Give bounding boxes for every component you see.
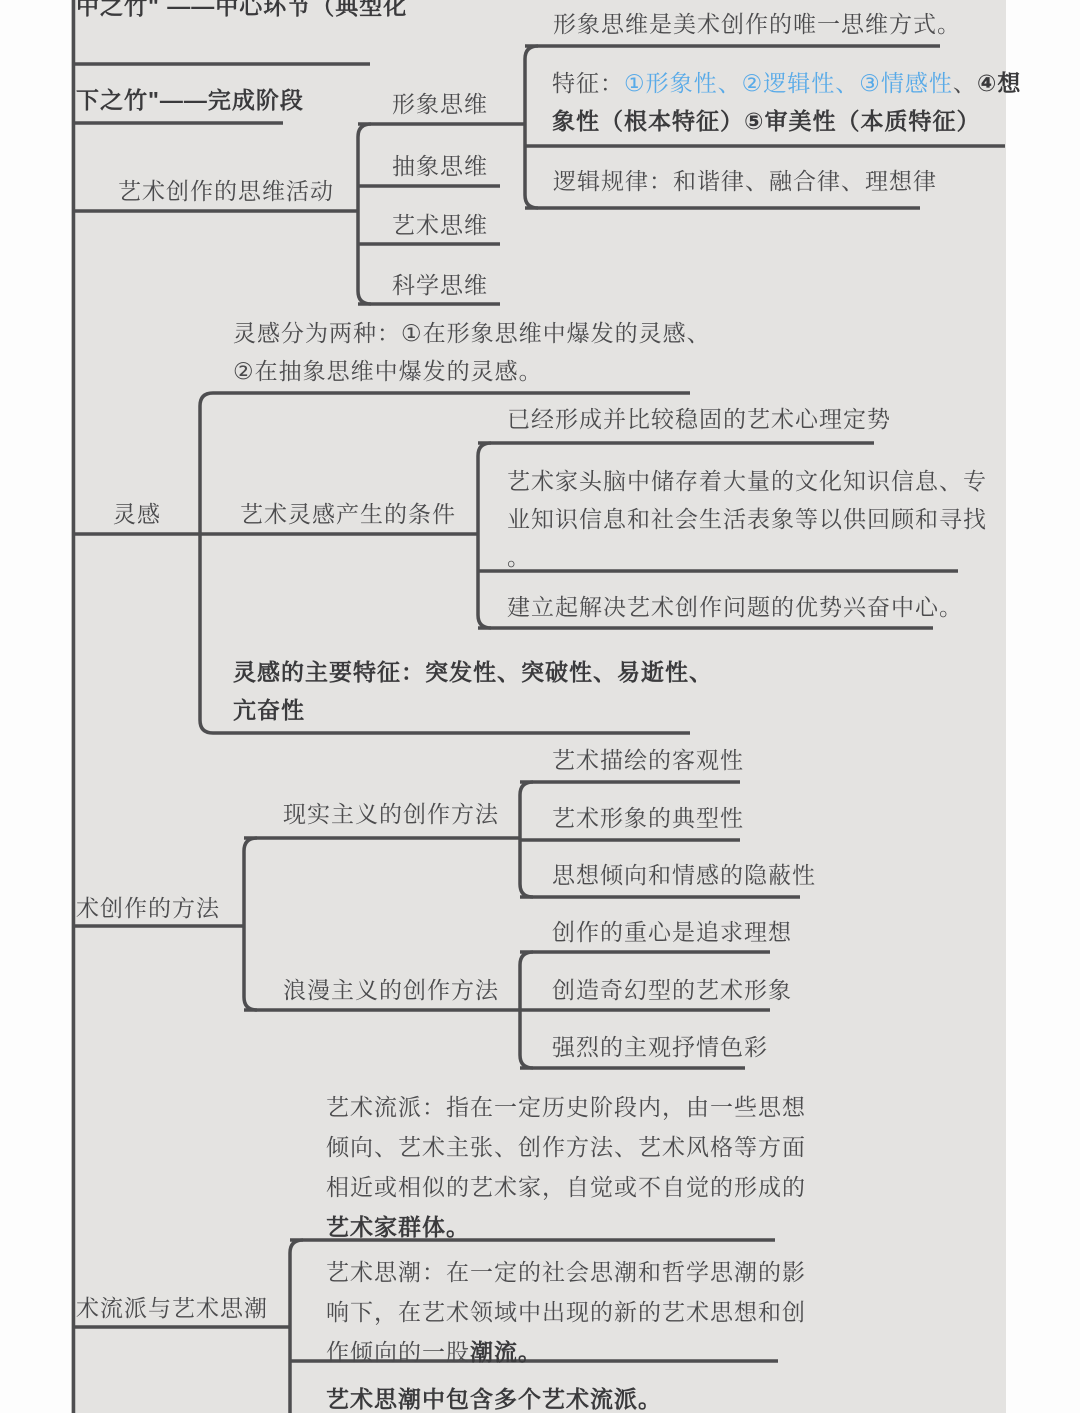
features-bold-part1: ④想 xyxy=(977,70,1021,96)
node-inspiration-types: 灵感分为两种：①在形象思维中爆发的灵感、 ②在抽象思维中爆发的灵感。 xyxy=(233,314,711,390)
node-romance-item-3: 强烈的主观抒情色彩 xyxy=(552,1032,768,1062)
node-romance-item-1: 创作的重心是追求理想 xyxy=(552,917,792,947)
features-separator: 、 xyxy=(953,70,977,96)
trend-def-line2: 响下，在艺术领域中出现的新的艺术思想和创 xyxy=(326,1292,806,1332)
trend-def-line3-normal: 作倾向的一股 xyxy=(326,1339,470,1365)
node-trend-definition: 艺术思潮：在一定的社会思潮和哲学思潮的影 响下，在艺术领域中出现的新的艺术思想和… xyxy=(326,1252,806,1372)
node-trend-contains-schools: 艺术思潮中包含多个艺术流派。 xyxy=(326,1384,662,1413)
node-realism-method: 现实主义的创作方法 xyxy=(283,799,499,829)
node-inspiration-conditions: 艺术灵感产生的条件 xyxy=(240,499,456,529)
inspiration-traits-line2: 亢奋性 xyxy=(233,691,713,729)
node-inspiration: 灵感 xyxy=(113,499,161,529)
node-abstract-thinking: 抽象思维 xyxy=(392,151,488,181)
node-realism-item-2: 艺术形象的典型性 xyxy=(552,803,744,833)
node-condition-3: 建立起解决艺术创作问题的优势兴奋中心。 xyxy=(507,592,963,622)
node-realism-item-1: 艺术描绘的客观性 xyxy=(552,745,744,775)
node-inspiration-traits: 灵感的主要特征：突发性、突破性、易逝性、 亢奋性 xyxy=(233,653,713,729)
school-def-line1: 艺术流派：指在一定历史阶段内，由一些思想 xyxy=(326,1087,806,1127)
features-bold-part2: 象性（根本特征）⑤审美性（本质特征） xyxy=(552,102,1021,140)
node-center-link-clipped: 中之竹" ——中心环节（典型化 xyxy=(76,0,407,21)
node-imagery-thinking: 形象思维 xyxy=(392,89,488,119)
features-prefix: 特征： xyxy=(552,70,624,96)
condition-2-line3: 。 xyxy=(507,538,987,576)
node-creation-methods: 术创作的方法 xyxy=(76,893,220,923)
node-thinking-activity: 艺术创作的思维活动 xyxy=(118,176,334,206)
node-imagery-only-way: 形象思维是美术创作的唯一思维方式。 xyxy=(553,9,961,39)
node-school-definition: 艺术流派：指在一定历史阶段内，由一些思想 倾向、艺术主张、创作方法、艺术风格等方… xyxy=(326,1087,806,1247)
node-condition-2: 艺术家头脑中储存着大量的文化知识信息、专 业知识信息和社会生活表象等以供回顾和寻… xyxy=(507,462,987,576)
trend-def-line1: 艺术思潮：在一定的社会思潮和哲学思潮的影 xyxy=(326,1252,806,1292)
node-condition-1: 已经形成并比较稳固的艺术心理定势 xyxy=(507,404,891,434)
node-art-thinking: 艺术思维 xyxy=(392,210,488,240)
node-imagery-features: 特征：①形象性、②逻辑性、③情感性、④想 象性（根本特征）⑤审美性（本质特征） xyxy=(552,64,1021,140)
inspiration-types-line2: ②在抽象思维中爆发的灵感。 xyxy=(233,352,711,390)
inspiration-traits-line1: 灵感的主要特征：突发性、突破性、易逝性、 xyxy=(233,653,713,691)
school-def-line4: 艺术家群体。 xyxy=(326,1207,806,1247)
node-schools-trends: 术流派与艺术思潮 xyxy=(76,1293,268,1323)
school-def-line2: 倾向、艺术主张、创作方法、艺术风格等方面 xyxy=(326,1127,806,1167)
node-logic-rules: 逻辑规律：和谐律、融合律、理想律 xyxy=(553,166,937,196)
node-science-thinking: 科学思维 xyxy=(392,270,488,300)
school-def-line3: 相近或相似的艺术家，自觉或不自觉的形成的 xyxy=(326,1167,806,1207)
features-blue-items: ①形象性、②逻辑性、③情感性 xyxy=(624,70,953,96)
condition-2-line2: 业知识信息和社会生活表象等以供回顾和寻找 xyxy=(507,500,987,538)
node-romance-method: 浪漫主义的创作方法 xyxy=(283,975,499,1005)
condition-2-line1: 艺术家头脑中储存着大量的文化知识信息、专 xyxy=(507,462,987,500)
trend-def-line3-bold: 潮流。 xyxy=(470,1339,542,1365)
node-stage-complete: 下之竹"——完成阶段 xyxy=(76,85,304,115)
node-realism-item-3: 思想倾向和情感的隐蔽性 xyxy=(552,860,816,890)
mindmap-screenshot: 中之竹" ——中心环节（典型化 下之竹"——完成阶段 艺术创作的思维活动 形象思… xyxy=(0,0,1080,1413)
inspiration-types-line1: 灵感分为两种：①在形象思维中爆发的灵感、 xyxy=(233,314,711,352)
node-romance-item-2: 创造奇幻型的艺术形象 xyxy=(552,975,792,1005)
